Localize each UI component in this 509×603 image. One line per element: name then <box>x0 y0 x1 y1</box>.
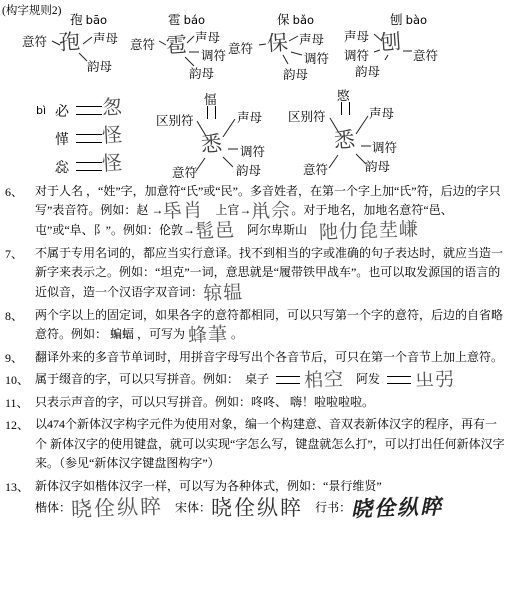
label-qubiefu: 区别符 <box>288 107 326 125</box>
label-yifu: 意符 <box>22 32 47 50</box>
diagram-title: 孢 bāo <box>70 10 107 28</box>
equals-sign <box>387 376 411 384</box>
rule-item-12: 12、 以474个新体汉字构字元件为使用对象，编一个构建意、音双表新体汉字的程序… <box>5 415 505 473</box>
label-shengmu: 声母 <box>344 27 369 45</box>
label-tiaofu: 调符 <box>240 142 265 160</box>
handwritten-center-char: 孢 <box>58 31 80 53</box>
songti-label: 宋体： <box>175 500 211 514</box>
rule-text: 不属于专用名词的，都应当实行意译。找不到相当的字或准确的句子表达时，就应当造一新… <box>35 244 505 303</box>
rule-text-segment: 属于缀音的字，可以只写拼音。例如： 桌子 <box>35 372 272 386</box>
handwritten-center-char: 保 <box>266 32 288 54</box>
diagram-title: 保 bǎo <box>277 10 314 28</box>
label-tiaofu: 调符 <box>372 138 397 156</box>
label-yifu: 意符 <box>130 35 155 53</box>
handwritten-example: 辌辒 <box>203 283 244 303</box>
rule-number: 7、 <box>5 244 35 303</box>
handwritten-example: 髢邑 <box>195 221 236 241</box>
label-yunmu: 韵母 <box>365 157 390 175</box>
diagram-pinyin: bāo <box>86 13 107 27</box>
label-yunmu: 韵母 <box>189 64 214 82</box>
handwritten-example: 蜂茟 <box>188 325 229 345</box>
equals-sign <box>76 134 102 143</box>
handwritten-equation-right: 怪 <box>101 153 122 174</box>
double-bar-equals <box>207 106 216 119</box>
label-yunmu: 韵母 <box>87 57 112 75</box>
rule-text: 两个字以上的固定词，如果各字的意符都相同，可以只写第一个字的意符，后边的自省略意… <box>35 306 505 345</box>
diagram-char: 刨 <box>390 13 403 27</box>
diagram-char: 保 <box>277 13 290 27</box>
diagram-title: 雹 báo <box>168 10 205 28</box>
rule-number: 10、 <box>5 370 35 390</box>
kaiti-label: 楷体： <box>35 500 71 514</box>
label-yifu: 意符 <box>413 46 438 64</box>
equals-sign <box>76 106 102 115</box>
label-yunmu: 韵母 <box>355 62 380 80</box>
label-shengmu: 声母 <box>93 29 118 47</box>
label-shengmu: 声母 <box>369 104 394 122</box>
construction-diagrams-figure: (构字规则2) 孢 bāo 意符 孢 声母 韵母 雹 báo 意符 雹 声母 调… <box>0 0 509 180</box>
rule-item-7: 7、 不属于专用名词的，都应当实行意译。找不到相当的字或准确的句子表达时，就应当… <box>5 244 505 303</box>
rule-text-segment: 上官→ <box>203 203 251 217</box>
handwritten-example: 氒肖 <box>163 201 204 221</box>
rule-number: 8、 <box>5 306 35 345</box>
rule-item-11: 11、 只表示声音的字，可以只写拼音。例如：咚咚、 嗨！啦啦啦啦。 <box>5 393 505 412</box>
label-qubiefu: 区别符 <box>156 111 194 129</box>
rule-text-segment: 阿尔卑斯山 <box>235 223 319 237</box>
diagram-char: 孢 <box>70 13 83 27</box>
rule-number: 12、 <box>5 415 35 473</box>
equation-left-char: 愅 <box>55 129 69 149</box>
script-style-examples: 楷体：晓佺纵睟 宋体：晓佺纵睟 行书：晓佺纵睟 <box>35 498 505 519</box>
handwritten-songti-example: 晓佺纵睟 <box>211 498 303 519</box>
diagram-title: 刨 bào <box>390 10 427 28</box>
label-shengmu: 声母 <box>299 30 324 48</box>
label-shengmu: 声母 <box>237 108 262 126</box>
rule-text-segment: 以474个新体汉字构字元件为使用对象，编一个构建意、音双表新体汉字的程序，再有一… <box>35 417 505 470</box>
handwritten-example: 桘空 <box>304 370 345 390</box>
rule-text: 新体汉字如楷体汉字一样，可以写为各种体式，例如：“景行维贤” 楷体：晓佺纵睟 宋… <box>35 477 505 519</box>
rule-number: 9、 <box>5 348 35 367</box>
rule-item-10: 10、 属于缀音的字，可以只写拼音。例如： 桌子 桘空 阿发 㞢弜 <box>5 370 505 390</box>
rule-text: 翻译外来的多音节单词时，用拼音字母写出个各音节后，可只在第一个音节上加上意符。 <box>35 348 505 367</box>
rule-text: 属于缀音的字，可以只写拼音。例如： 桌子 桘空 阿发 㞢弜 <box>35 370 505 390</box>
handwritten-center-char: 悉 <box>200 133 222 155</box>
handwritten-kaiti-example: 晓佺纵睟 <box>71 497 164 521</box>
rule-text-segment: 。 <box>228 327 243 341</box>
rule-text-segment: 两个字以上的固定词，如果各字的意符都相同，可以只写第一个字的意符，后边的自省略意… <box>35 308 503 341</box>
label-yunmu: 韵母 <box>236 161 261 179</box>
rule-number: 6、 <box>5 182 35 241</box>
handwritten-center-char: 刨 <box>379 31 401 53</box>
handwritten-example: 阤仂㲋坓嵰 <box>319 220 420 242</box>
rule-text-segment: 不属于专用名词的，都应当实行意译。找不到相当的字或准确的句子表达时，就应当造一新… <box>35 246 503 299</box>
rule-item-6: 6、 对于人名 ，“姓”字，加意符“氏”或“民”。多音姓者，在第一个字上加“氏”… <box>5 182 505 241</box>
rule-text-segment: 阿发 <box>344 372 383 386</box>
label-shengmu: 声母 <box>195 28 220 46</box>
equals-sign <box>76 162 102 171</box>
equation-left-char: 必 <box>55 101 69 121</box>
rule-text-segment: 翻译外来的多音节单词时，用拼音字母写出个各音节后，可只在第一个音节上加上意符。 <box>35 350 503 364</box>
rule-number: 13、 <box>5 477 35 519</box>
rule-text: 对于人名 ，“姓”字，加意符“氏”或“民”。多音姓者，在第一个字上加“氏”符，后… <box>35 182 505 241</box>
rule-item-8: 8、 两个字以上的固定词，如果各字的意符都相同，可以只写第一个字的意符，后边的自… <box>5 306 505 345</box>
page-title: (构字规则2) <box>2 2 61 18</box>
equation-left-char: 惢 <box>55 157 69 177</box>
handwritten-equation-right: 怱 <box>101 97 122 118</box>
double-bar-equals <box>341 102 350 115</box>
label-tiaofu: 调符 <box>201 46 226 64</box>
diagram-pinyin: bǎo <box>293 13 314 27</box>
label-yifu: 意符 <box>303 160 328 178</box>
label-yifu: 意符 <box>172 163 197 181</box>
handwritten-equation-right: 怪 <box>101 125 122 146</box>
handwritten-example: 㞢弜 <box>415 370 456 390</box>
diagram-pinyin: báo <box>184 13 205 27</box>
label-yunmu: 韵母 <box>283 65 308 83</box>
equals-sign <box>276 376 300 384</box>
label-yifu: 意符 <box>228 39 253 57</box>
rule-item-13: 13、 新体汉字如楷体汉字一样，可以写为各种体式，例如：“景行维贤” 楷体：晓佺… <box>5 477 505 519</box>
equation-pinyin: bì <box>36 104 46 117</box>
rule-item-9: 9、 翻译外来的多音节单词时，用拼音字母写出个各音节后，可只在第一个音节上加上意… <box>5 348 505 367</box>
rule-text-segment: 新体汉字如楷体汉字一样，可以写为各种体式，例如：“景行维贤” <box>35 479 382 493</box>
xingshu-label: 行书： <box>315 500 351 514</box>
diagram-char: 雹 <box>168 13 181 27</box>
handwritten-xingshu-example: 晓佺纵睟 <box>351 497 444 521</box>
handwritten-example: 鼡佘 <box>251 201 292 221</box>
rule-text: 只表示声音的字，可以只写拼音。例如：咚咚、 嗨！啦啦啦啦。 <box>35 393 505 412</box>
rule-number: 11、 <box>5 393 35 412</box>
diagram-pinyin: bào <box>406 13 427 27</box>
handwritten-center-char: 悉 <box>333 129 355 151</box>
rules-text-body: 6、 对于人名 ，“姓”字，加意符“氏”或“民”。多音姓者，在第一个字上加“氏”… <box>0 180 509 519</box>
rule-text-segment: 只表示声音的字，可以只写拼音。例如：咚咚、 嗨！啦啦啦啦。 <box>35 395 374 409</box>
handwritten-center-char: 雹 <box>165 34 187 56</box>
rule-text: 以474个新体汉字构字元件为使用对象，编一个构建意、音双表新体汉字的程序，再有一… <box>35 415 505 473</box>
